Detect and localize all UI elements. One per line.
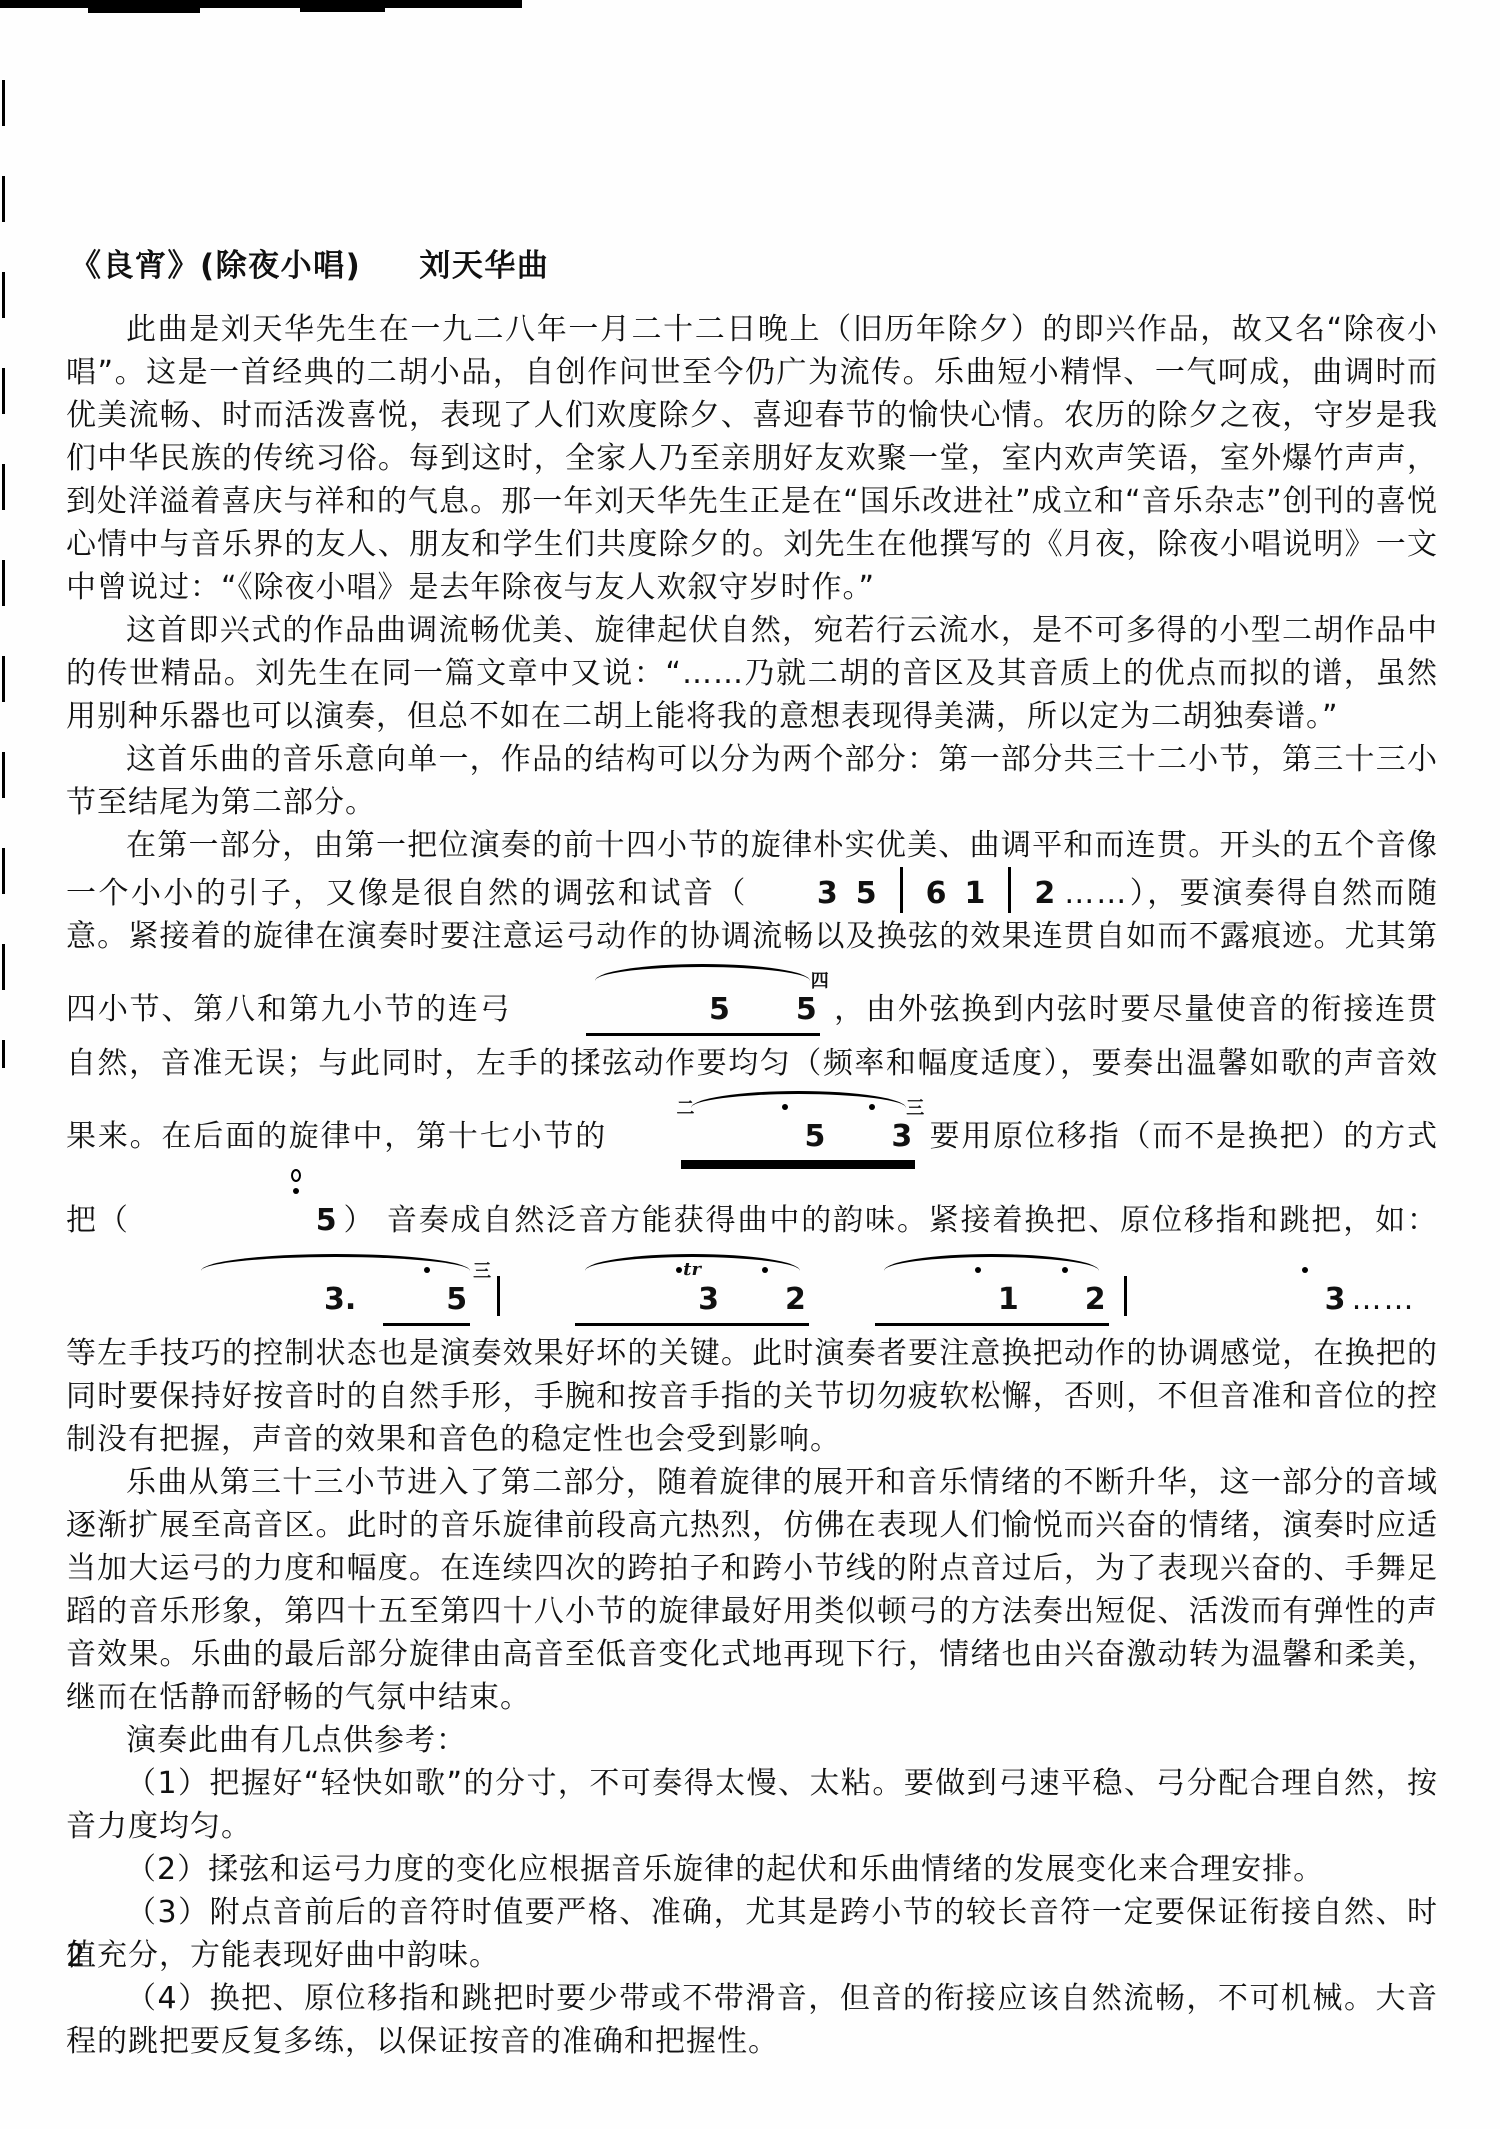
note-group: 12 [875, 1278, 1109, 1326]
music-notation-slur55: 55四 [523, 958, 823, 1042]
note-digit: 3 [1325, 1282, 1346, 1317]
note-digit: 2 [1034, 876, 1055, 911]
note-digit: 3. [324, 1282, 356, 1317]
scan-artifact-top-bump [88, 0, 200, 13]
notation-cell: 3.5三 [126, 1248, 485, 1332]
notation-cell: 12 [812, 1248, 1112, 1332]
barline [900, 867, 903, 913]
fingering-label: 二 [616, 1087, 694, 1130]
note-group: 5 [193, 1199, 340, 1242]
paragraph: 乐曲从第三十三小节进入了第二部分，随着旋律的展开和音乐情绪的不断升华，这一部分的… [66, 1461, 1438, 1719]
jianpu-note: 3 [1262, 1278, 1349, 1321]
scan-artifact-top-bar [0, 0, 522, 8]
note-digit: 2 [1085, 1282, 1106, 1317]
barline [1008, 867, 1011, 913]
note-digit: 2 [785, 1282, 806, 1317]
fingering-label: tr [623, 1248, 701, 1291]
note-digit: 3 [698, 1282, 719, 1317]
jianpu-note: 5 [646, 988, 733, 1031]
paragraph: 这首即兴式的作品曲调流畅优美、旋律起伏自然，宛若行云流水，是不可多得的小型二胡作… [66, 609, 1438, 738]
note-digit: 5 [709, 992, 730, 1027]
paragraph: 演奏此曲有几点供参考： [66, 1719, 1438, 1762]
page-number: 2 [66, 1938, 86, 1974]
barline [497, 1276, 500, 1316]
octave-dot-icon [1302, 1267, 1308, 1273]
jianpu-note: 5 [253, 1199, 340, 1242]
composer-credit: 刘天华曲 [419, 248, 549, 284]
notation-cell: 32tr [512, 1248, 812, 1332]
article-body: 此曲是刘天华先生在一九二八年一月二十二日晚上（旧历年除夕）的即兴作品，故又名“除… [66, 308, 1438, 2063]
fingering-label: 三 [413, 1250, 491, 1293]
note-group: 3 [1202, 1278, 1349, 1321]
page-title: 《良宵》(除夜小唱)刘天华曲 [70, 240, 549, 285]
octave-dot-icon [293, 1188, 299, 1194]
barline [1124, 1276, 1127, 1316]
jianpu-note: 2 [1022, 1278, 1109, 1321]
slur-arc-icon [884, 1254, 1099, 1271]
music-notation-tuning: 35612…… [748, 867, 1128, 915]
note-digit: 6 [926, 876, 947, 911]
note-digit: 5 [316, 1203, 337, 1238]
note-digit: 1 [998, 1282, 1019, 1317]
note-digit: 3 [817, 876, 838, 911]
note-digit: 1 [965, 876, 986, 911]
piece-title: 《良宵》(除夜小唱) [70, 248, 361, 284]
note-digit: 5 [856, 876, 877, 911]
paragraph: 这首乐曲的音乐意向单一，作品的结构可以分为两个部分：第一部分共三十二小节，第三十… [66, 738, 1438, 824]
paragraph: 此曲是刘天华先生在一九二八年一月二十二日晚上（旧历年除夕）的即兴作品，故又名“除… [66, 308, 1438, 609]
music-notation-phrase: 3.5三32tr123…… [66, 1248, 1416, 1332]
music-notation-harm5: 5 [130, 1169, 343, 1248]
ellipsis: …… [1352, 1282, 1416, 1317]
jianpu-note: 1 [935, 1278, 1022, 1321]
paragraph: 在第一部分，由第一把位演奏的前十四小节的旋律朴实优美、曲调平和而连贯。开头的五个… [66, 824, 1438, 1461]
jianpu-note: 5 [741, 1115, 828, 1158]
jianpu-note: 3. [261, 1278, 359, 1321]
paragraph: （2）揉弦和运弓力度的变化应根据音乐旋律的起伏和乐曲情绪的发展变化来合理安排。 [66, 1848, 1438, 1891]
fingering-label: 三 [846, 1087, 924, 1130]
ellipsis: …… [1064, 876, 1128, 911]
note-digit: 5 [804, 1119, 825, 1154]
notation-cell: 3 [1139, 1248, 1352, 1327]
scan-artifact-left-edge [2, 80, 5, 1068]
paragraph: （1）把握好“轻快如歌”的分寸，不可奏得太慢、太粘。要做到弓速平稳、弓分配合理自… [66, 1762, 1438, 1848]
jianpu-note: 2 [722, 1278, 809, 1321]
harmonic-circle-icon [291, 1169, 301, 1182]
paragraph: （4）换把、原位移指和跳把时要少带或不带滑音，但音的衔接应该自然流畅，不可机械。… [66, 1977, 1438, 2063]
document-page: 《良宵》(除夜小唱)刘天华曲 此曲是刘天华先生在一九二八年一月二十二日晚上（旧历… [0, 0, 1500, 2129]
music-notation-five3: 53二三 [618, 1085, 918, 1169]
scan-artifact-top-bump [300, 0, 385, 12]
fingering-label: 四 [751, 960, 829, 1003]
paragraph: （3）附点音前后的音符时值要严格、准确，尤其是跨小节的较长音符一定要保证衔接自然… [66, 1891, 1438, 1977]
